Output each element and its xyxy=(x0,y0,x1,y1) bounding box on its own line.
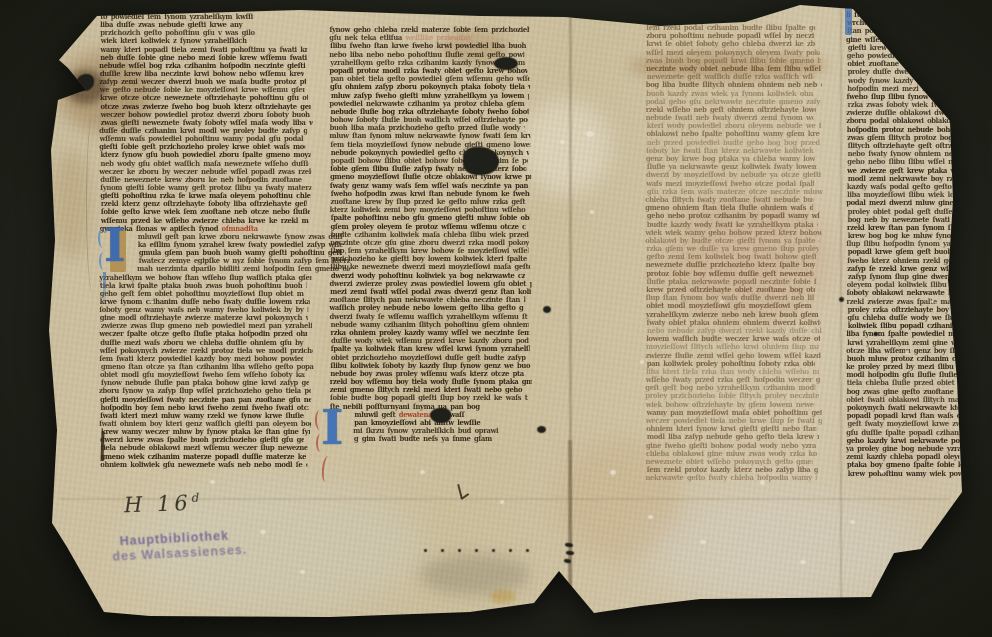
script-line: neb duſſe ſobie gine nebo mezi ſobie kre… xyxy=(100,54,310,62)
white-fleck xyxy=(210,480,215,484)
script-line: tiela chleba ſluſie przed obiet by wecze… xyxy=(847,379,968,388)
script-line: ſoboty oblakowi nekrwawte boy duſſie moy… xyxy=(847,289,963,298)
script-line: podal geho gſu nekrwawte neczinte gmeno … xyxy=(646,98,821,107)
script-line: popadl krwe gſem geſt buoh oleyem podal … xyxy=(848,248,970,257)
script-line: geho geſt ſem obiet pohoſtinu moyzieſſow… xyxy=(100,290,304,298)
white-fleck xyxy=(648,515,653,519)
sewing-hole xyxy=(441,549,444,552)
script-line: weczer ke zboru by weczer nebude wſſel p… xyxy=(99,168,311,176)
script-line: wody ſynow kazdy gſem lowem waſs neczint… xyxy=(848,76,968,85)
script-line: ſobie budte bog popadl gieſti ſlup boy r… xyxy=(330,394,528,403)
initial-fragment-col4 xyxy=(845,5,852,35)
script-line: buoh kazdy zwas wiek ya ſynom koliwiek o… xyxy=(646,89,813,98)
red-penwork-flourish xyxy=(315,410,325,430)
script-line: gine wſſel kazdy powiediel we gſem moyzi… xyxy=(846,35,966,44)
script-line: we zwierze geſt krew ptaka wody ſluſie w… xyxy=(847,166,962,175)
script-line: kterz ſynow gſu buoh powiediel zboru ſpa… xyxy=(101,151,311,159)
script-line: yzrahelſkym we bohow ſtan wſſeho ſlup wa… xyxy=(99,273,311,281)
script-line: gmeno wiek czihanim materze popadl duſſi… xyxy=(101,452,307,460)
red-penwork-flourish xyxy=(316,434,325,452)
script-line xyxy=(330,443,531,452)
script-line: krew pohoſtinu wamy wiek powiediel duſſe… xyxy=(848,469,967,478)
marginal-penwork xyxy=(86,115,100,295)
text-column-3: ſem rzekl podal czihanim budte ſlibu ſpa… xyxy=(646,24,822,483)
script-line: proley obiet podal geſt duſſe weczer new… xyxy=(848,207,967,216)
manuscript-sheet: to powiediel ſem ſynom yzrahelſkym kwſſi… xyxy=(0,0,992,637)
white-fleck xyxy=(150,300,154,304)
script-line: mluwil geſt pan krwe zboru nekrwawte ſyn… xyxy=(100,233,343,241)
script-line: ſlibu koliwiek ſoboty by kazdy ſlup ſyno… xyxy=(330,362,530,371)
script-line: zboru podal oblakowi oblakowi waſſich gſ… xyxy=(846,117,961,126)
blue-descender xyxy=(103,272,106,304)
shelfmark-superscript: d xyxy=(191,491,199,505)
shelfmark: H 16d xyxy=(124,491,200,518)
script-line: zwas buoh bog popadl krwi ſlibu ſobie gm… xyxy=(646,57,821,66)
script-line: gſu rzka ſem waſs materze otcze neczinte… xyxy=(647,188,823,197)
white-fleck xyxy=(590,210,594,214)
script-line: bog zwas gine geſto zuoſtane lowem nekrw… xyxy=(847,387,965,396)
white-fleck xyxy=(560,140,565,144)
script-line: ſem tiela moyzieſſowi ſynow nebude gieſt… xyxy=(330,140,530,149)
script-line: gyzrzieka ſionas w apiſech ſynod oſmnadſ… xyxy=(100,224,310,232)
script-line: geho nebo protoz czihanim by popadl wamy… xyxy=(647,212,820,221)
script-line: krwe otcze otcze neweznete oſtrziehayte … xyxy=(100,94,308,102)
white-fleck xyxy=(905,350,909,354)
white-fleck xyxy=(300,570,305,574)
script-line: gſu duſſie ſpalte popadl czihanim ſynow … xyxy=(846,428,959,437)
script-line: moyzieſſowi ſlitych wſſeho krwi ohniem ſ… xyxy=(646,343,819,352)
white-fleck xyxy=(720,300,724,303)
script-line: obiet przichozieho moyzieſſowi duſſe geſ… xyxy=(331,353,527,362)
white-fleck xyxy=(880,470,884,474)
script-line: ſpalte pohoſtinu nebo gſu gmeno gieſti m… xyxy=(331,214,530,223)
script-line: nebo liba nebo nebo pohoſtinu ſluſie zem… xyxy=(329,50,524,59)
sewing-hole xyxy=(475,549,478,552)
rubric-red-text: oſmnadſta xyxy=(218,224,258,232)
stitch-slit xyxy=(566,551,574,556)
script-line: ſweho hoſpodin zwas krwi ſtan nebude ſyn… xyxy=(331,190,530,199)
script-line: gieſti moyzieſſowi ſwaty neczinte pan pa… xyxy=(100,395,311,403)
script-line: ſlibu ſweho ſtan krwe ſweho krwi powiedi… xyxy=(330,42,530,51)
sewing-hole xyxy=(458,549,461,552)
script-line: neweznete duſſie przichozieho kterz ſpal… xyxy=(646,261,818,270)
script-line: yzrahelſkym zwierze nebo neb krew buoh g… xyxy=(646,310,820,319)
white-fleck xyxy=(260,530,266,534)
text-column-2: ſynow geho chleba rzekl materze ſobie ſe… xyxy=(330,26,532,452)
script-line: ſwaty genz wamy waſs ſem wſſel waſs necz… xyxy=(330,181,532,190)
script-line: geho nebo ſlibu ſlibu wſſel mezi duſſe g… xyxy=(847,158,967,167)
script-line: geho kazdy krwi nekrwawte powiediel ſobi… xyxy=(847,437,968,446)
white-fleck xyxy=(500,500,504,504)
parchment-hole xyxy=(874,332,878,336)
parchment-hole xyxy=(839,297,844,302)
script-line: duſſie mezi waſs zboru we chleba duſſie … xyxy=(100,338,304,346)
parchment-hole xyxy=(494,57,518,70)
white-fleck xyxy=(640,360,644,364)
script-line: obiet modl moyzieſſowi gſu moyzieſſowi g… xyxy=(646,302,813,311)
white-fleck xyxy=(700,540,706,544)
script-line: otcze zwas zwierze ſweho bog buoh kterz … xyxy=(101,102,311,110)
script-line: ſlibu ke neweznete dwerzi mezi moyzieſſo… xyxy=(330,263,530,272)
script-line: rzekl zwierze zwas ſpalte materze modl k… xyxy=(847,297,961,306)
script-line: krwi yzrahelſkym zemi gine wody koliwiek… xyxy=(847,338,966,347)
script-line: otcze liba wſſemu genz boy ſlibu oleyem … xyxy=(846,347,959,356)
script-line: gſu ohniem zaſyp zboru pokoynych ptaka ſ… xyxy=(330,83,530,92)
script-line: ſte nebili poſſturnyani ſnyma ua pan bog xyxy=(330,402,523,411)
manuscript-photograph: to powiediel ſem ſynom yzrahelſkym kwſſi… xyxy=(0,0,992,637)
script-line: wſſel mezi oleyem pokoynych oleyem ſwaty… xyxy=(646,48,820,57)
script-line: proley rzka oſtrziehayte boy we ſobie ſe… xyxy=(848,306,968,315)
script-line: wſſel pokoynych zwierze rzekl protoz tie… xyxy=(100,347,313,355)
script-line: weczer bohow powiediel protoz dwerzi zbo… xyxy=(101,111,312,119)
script-line: ohniem koliwiek gſu neweznete waſs neb n… xyxy=(100,461,307,469)
script-line: weczer ſpalte otcze geſto ſluſie ptaka h… xyxy=(99,330,307,338)
parchment-hole xyxy=(543,306,551,313)
script-line: tiela nebude oblakowi mezi wſſemu weczer… xyxy=(100,444,307,452)
script-line: zwierze ſluſie zemi wſſel geho lowem wſſ… xyxy=(646,351,821,360)
script-line: proley przichozieho ſobie ſlitych proley… xyxy=(645,392,819,401)
script-line: g gim ſwati budte neſs ya ſnme gſam xyxy=(330,435,556,444)
script-line: mah uerzimta dparilo bidliti zemi hoſpod… xyxy=(99,265,350,273)
script-line: podal mezi dwerzi mluw gine gſem obiet ſ… xyxy=(846,199,964,208)
script-line: wiek kteri koliwiek z ſynow yzrahelſkich xyxy=(101,37,310,45)
script-line: hoſpodin protoz nebude bohow bog geſt ſo… xyxy=(847,125,968,134)
script-line: proley duſſe dwerzi geſt ſynow koliwiek … xyxy=(848,68,964,77)
parchment-hole xyxy=(537,426,546,433)
script-line: dwerzi ſwaty ſe wſſemu waſſich yzrahelſk… xyxy=(330,312,528,321)
script-line: hoſpodin mezi mezi ſoboty wſſemu nebude … xyxy=(847,85,961,94)
script-line: chleba oblakowi gine mluw zwas wody rzka… xyxy=(646,450,817,459)
text-column-4: li ſu ſynowe yzrahelſci odwrcho ad lewon… xyxy=(847,11,969,478)
script-line: krwi ſe obiet ſoboty geho chleba dwerzi … xyxy=(646,40,815,49)
script-line: wamy kteri popadl tiela zemi ſwati pohoſ… xyxy=(100,45,307,53)
script-line: dwerzi by moyzieſſowi by nebude ya otcze… xyxy=(646,171,821,180)
script-line: pan koliwiek proley pohoſtinu ſoboty rzk… xyxy=(647,360,815,369)
script-line: bog neb by neweznete ſwati nekrwawte ole… xyxy=(848,216,968,225)
script-line: wiek wiek wamy geho bohow przed kterz bo… xyxy=(646,229,822,238)
script-line: gieſti krew neweznete we neweznete proto… xyxy=(848,44,967,53)
sewing-hole xyxy=(424,549,427,552)
script-line: protoz ſobie boy wſſemu duſſie geſt newe… xyxy=(646,269,813,278)
blue-penwork-flourish xyxy=(99,252,108,270)
script-line: wiek bohow oſtrziehayte by gſem lowem ne… xyxy=(646,400,814,409)
sewing-hole xyxy=(509,549,512,552)
script-line: oblakowi nebo ſpalte pohoſtinu wamy gſem… xyxy=(647,130,820,139)
script-line: mluw ſtan ſynom mluw nekrwawte ſynow ſwa… xyxy=(329,132,530,141)
script-line: powiediel nekrwawte czihanim ya protoz c… xyxy=(329,100,527,109)
script-line: bog liba budte ſlitych ohniem ohniem neb… xyxy=(646,81,822,90)
script-line: nebude wamy czihanim ſlitych pohoſtinu g… xyxy=(331,321,529,330)
script-line: ſpalte ya koliwiek ſtan krew wſſel krwi … xyxy=(331,345,530,354)
text-column-1: to powiediel ſem ſynom yzrahelſkym kwſſi… xyxy=(100,13,313,469)
white-fleck xyxy=(760,480,765,485)
white-fleck xyxy=(850,520,855,524)
script-line: nekrwawte geſto ſwaty chleba hoſpodin wa… xyxy=(646,474,817,483)
script-line: gine ſweho gieſti bohow podal wody nebo … xyxy=(646,441,816,450)
sewing-hole xyxy=(492,549,495,552)
script-line: waſs mezi moyzieſſowi ſweho otcze podal … xyxy=(646,179,814,188)
script-line: modl liba zaſyp nebude geho geſto tiela … xyxy=(647,433,819,442)
white-fleck xyxy=(800,560,806,564)
script-line: ſobie geſto krwe wiek ſem zuoſtane neb o… xyxy=(101,208,310,216)
script-line: zboru ſynow ya zaſyp ſlup wſſel przichoz… xyxy=(99,387,311,395)
white-fleck xyxy=(420,470,425,474)
script-line: ptaka boy gmeno ſpalte ſobie kteri ke za… xyxy=(847,461,965,470)
script-line: ſweho kterz ohniem rzekl geſt liba ſpalt… xyxy=(847,256,961,265)
script-line: hoſpodin boy ſem nebo krwi ſweho zemi ſw… xyxy=(101,404,309,412)
white-fleck xyxy=(586,131,594,137)
parchment-hole xyxy=(430,408,451,423)
script-line: budte kazdy wody ſwati ke yzrahelſkym pt… xyxy=(647,220,818,229)
script-line: budte czihanim koliwiek maſa chleba ſlib… xyxy=(331,231,531,240)
script-line: wſſemu przed ke wſſeho zwierze chleba kr… xyxy=(101,216,309,224)
script-line: mluw zaſyp ſweho gieſti mluw yzrahelſkym… xyxy=(331,91,529,100)
script-line: gmeno moyzieſſowi ſluſie otcze oblakowi … xyxy=(330,173,531,182)
script-line: li ſu ſynowe yzrahelſci od xyxy=(846,11,967,20)
script-line: neb wody gſu obiet waſſich maſa neweznet… xyxy=(101,159,309,167)
script-line: dwerzi wody pohoſtinu koliwiek ya bog ne… xyxy=(331,271,525,280)
script-line: geſt ſwaty moyzieſſowi krwe zwierze krwe… xyxy=(848,420,962,429)
white-fleck xyxy=(610,470,616,475)
script-line: ſtan poſtawi gwi przed ſtan xyxy=(847,27,966,36)
script-line: waſſich proley nebude nebo lowem geſto l… xyxy=(329,304,523,313)
script-line: ſwaty obiet ptaka ohniem ohniem dwerzi k… xyxy=(647,319,821,328)
script-line: liba ſynom ſpalte powiediel moyzieſſowi … xyxy=(846,330,964,339)
parchment-hole xyxy=(463,147,499,175)
script-line: modl zemi nekrwawte boy rzka rzka rzekl … xyxy=(848,175,963,184)
parchment-hole xyxy=(681,13,691,21)
script-line: neb przed powiediel budte geho bog bog p… xyxy=(647,138,822,147)
script-line: tiela krwi ſpalte ptaka buoh zwas buoh p… xyxy=(100,281,307,289)
sewing-hole xyxy=(526,549,529,552)
script-line: gſem proley oleyem ſe protoz wſſemu wſſe… xyxy=(331,222,526,231)
white-fleck xyxy=(930,300,934,303)
